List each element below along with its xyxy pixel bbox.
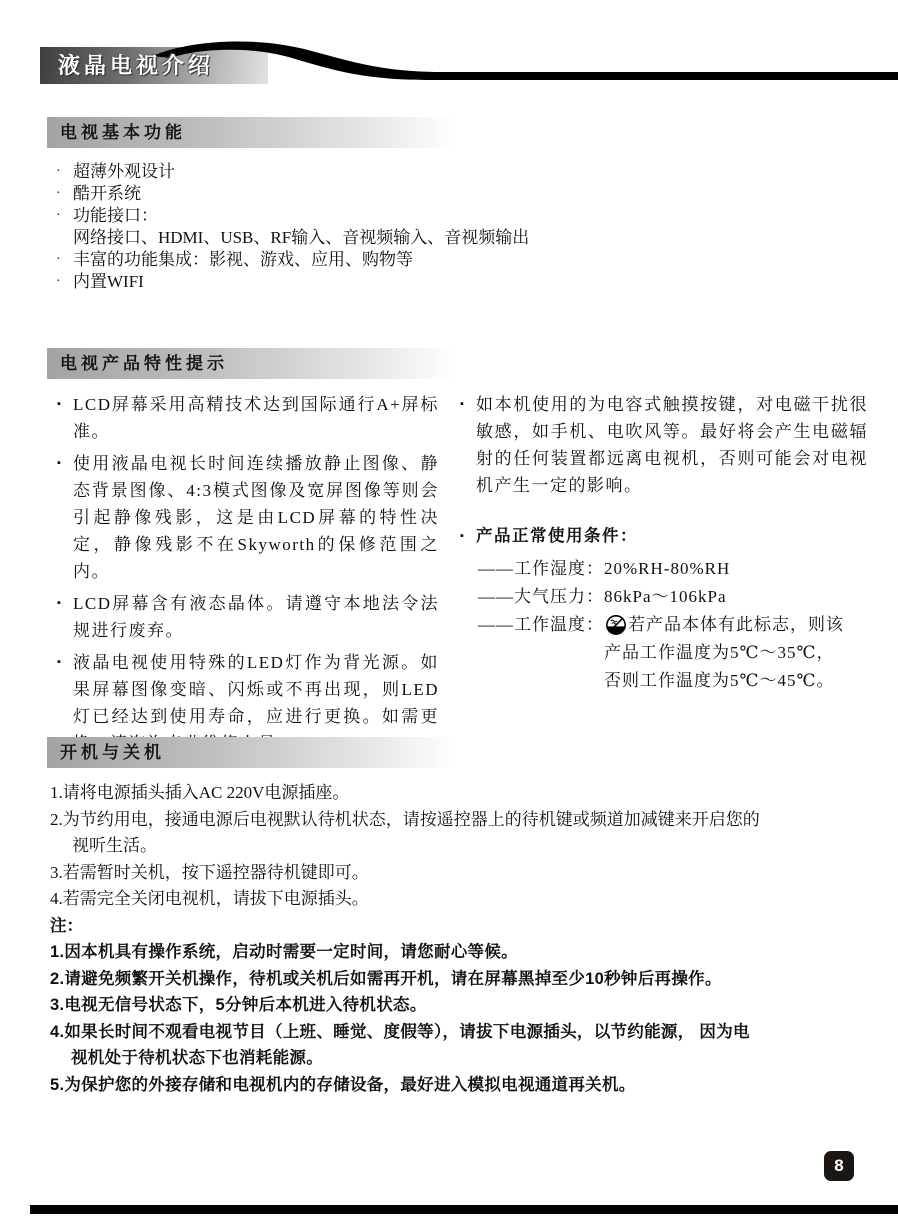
notes-label: 注： [50, 913, 880, 940]
condition-temperature-detail: 若产品本体有此标志，则该 产品工作温度为5℃～35℃， 否则工作温度为5℃～45… [604, 611, 868, 695]
list-item-text: 丰富的功能集成：影视、游戏、应用、购物等 [73, 249, 413, 271]
page-number-badge: 8 [824, 1151, 854, 1181]
list-item-text: LCD屏幕采用高精技术达到国际通行A+屏标准。 [73, 391, 439, 445]
conditions-title-row: ▪ 产品正常使用条件： [460, 523, 868, 550]
power-notes: 1.因本机具有操作系统，启动时需要一定时间，请您耐心等候。 2.请避免频繁开关机… [50, 939, 880, 1098]
section-power-header: 开机与关机 [47, 737, 457, 768]
list-item: · 酷开系统 [56, 183, 816, 205]
section-basic-title: 电视基本功能 [47, 117, 457, 148]
list-item: · 超薄外观设计 [56, 161, 816, 183]
conditions-lines: ——工作湿度：20%RH-80%RH ——大气压力：86kPa～106kPa —… [460, 555, 868, 695]
note-item: 2.请避免频繁开关机操作，待机或关机后如需再开机，请在屏幕黑掉至少10秒钟后再操… [50, 966, 880, 993]
page-title: 液晶电视介绍 [58, 47, 214, 84]
list-item-text: 酷开系统 [73, 183, 141, 205]
step-item: 1.请将电源插头插入AC 220V电源插座。 [50, 780, 880, 807]
condition-temperature-line2: 产品工作温度为5℃～35℃， [604, 639, 868, 667]
list-item-text: 内置WIFI [73, 271, 144, 293]
features-right-column: ▪ 如本机使用的为电容式触摸按键，对电磁干扰很敏感，如手机、电吹风等。最好将会产… [460, 391, 868, 695]
bullet-icon: · [56, 249, 73, 271]
condition-pressure: ——大气压力：86kPa～106kPa [478, 583, 868, 611]
power-section-body: 1.请将电源插头插入AC 220V电源插座。 2.为节约用电，接通电源后电视默认… [50, 780, 880, 1098]
manual-page: 液晶电视介绍 电视基本功能 · 超薄外观设计 · 酷开系统 · 功能接口： 网络… [0, 0, 898, 1229]
footer-bar [30, 1205, 898, 1214]
condition-temperature-line3: 否则工作温度为5℃～45℃。 [604, 667, 868, 695]
note-item: 3.电视无信号状态下，5分钟后本机进入待机状态。 [50, 992, 880, 1019]
list-item: · 丰富的功能集成：影视、游戏、应用、购物等 [56, 249, 816, 271]
condition-humidity: ——工作湿度：20%RH-80%RH [478, 555, 868, 583]
basic-functions-list: · 超薄外观设计 · 酷开系统 · 功能接口： 网络接口、HDMI、USB、RF… [56, 161, 816, 293]
usage-conditions-block: ▪ 产品正常使用条件： ——工作湿度：20%RH-80%RH ——大气压力：86… [460, 523, 868, 695]
bullet-icon: ▪ [460, 391, 476, 499]
step-item: 3.若需暂时关机，按下遥控器待机键即可。 [50, 860, 880, 887]
list-item-text: 功能接口： [73, 205, 158, 227]
list-item: · 功能接口： [56, 205, 816, 227]
bullet-icon: · [56, 183, 73, 205]
condition-temperature-label: ——工作温度： [478, 611, 604, 639]
list-item: ▪ LCD屏幕含有液态晶体。请遵守本地法令法规进行废弃。 [57, 590, 439, 644]
no-high-temperature-icon [604, 614, 628, 636]
list-item-text: 如本机使用的为电容式触摸按键，对电磁干扰很敏感，如手机、电吹风等。最好将会产生电… [476, 391, 868, 499]
list-item-text: 超薄外观设计 [73, 161, 175, 183]
list-item: ▪ 如本机使用的为电容式触摸按键，对电磁干扰很敏感，如手机、电吹风等。最好将会产… [460, 391, 868, 499]
section-features-title: 电视产品特性提示 [47, 348, 457, 379]
note-item: 5.为保护您的外接存储和电视机内的存储设备，最好进入模拟电视通道再关机。 [50, 1072, 880, 1099]
step-item: 2.为节约用电，接通电源后电视默认待机状态，请按遥控器上的待机键或频道加减键来开… [50, 807, 880, 860]
list-item-text: 网络接口、HDMI、USB、RF输入、音视频输入、音视频输出 [73, 227, 529, 249]
section-features-header: 电视产品特性提示 [47, 348, 457, 379]
bullet-icon: ▪ [57, 450, 73, 585]
power-steps: 1.请将电源插头插入AC 220V电源插座。 2.为节约用电，接通电源后电视默认… [50, 780, 880, 913]
list-item-continuation: 网络接口、HDMI、USB、RF输入、音视频输入、音视频输出 [56, 227, 816, 249]
features-left-column: ▪ LCD屏幕采用高精技术达到国际通行A+屏标准。 ▪ 使用液晶电视长时间连续播… [57, 391, 439, 762]
section-basic-header: 电视基本功能 [47, 117, 457, 148]
condition-temperature: ——工作温度： 若产品本体有此标志，则该 产 [478, 611, 868, 695]
bullet-icon: · [56, 161, 73, 183]
step-item: 4.若需完全关闭电视机，请拔下电源插头。 [50, 886, 880, 913]
bullet-icon: ▪ [57, 590, 73, 644]
bullet-icon: ▪ [57, 391, 73, 445]
list-item-text: 使用液晶电视长时间连续播放静止图像、静态背景图像、4:3模式图像及宽屏图像等则会… [73, 450, 439, 585]
list-item: ▪ 使用液晶电视长时间连续播放静止图像、静态背景图像、4:3模式图像及宽屏图像等… [57, 450, 439, 585]
bullet-icon: · [56, 205, 73, 227]
condition-temperature-line1: 若产品本体有此标志，则该 [628, 611, 844, 639]
list-item: · 内置WIFI [56, 271, 816, 293]
bullet-icon: · [56, 271, 73, 293]
conditions-title: 产品正常使用条件： [476, 523, 868, 550]
section-power-title: 开机与关机 [47, 737, 457, 768]
note-item: 1.因本机具有操作系统，启动时需要一定时间，请您耐心等候。 [50, 939, 880, 966]
list-item: ▪ LCD屏幕采用高精技术达到国际通行A+屏标准。 [57, 391, 439, 445]
list-item-text: LCD屏幕含有液态晶体。请遵守本地法令法规进行废弃。 [73, 590, 439, 644]
note-item: 4.如果长时间不观看电视节目（上班、睡觉、度假等），请拔下电源插头，以节约能源，… [50, 1019, 880, 1072]
bullet-icon: ▪ [460, 523, 476, 550]
